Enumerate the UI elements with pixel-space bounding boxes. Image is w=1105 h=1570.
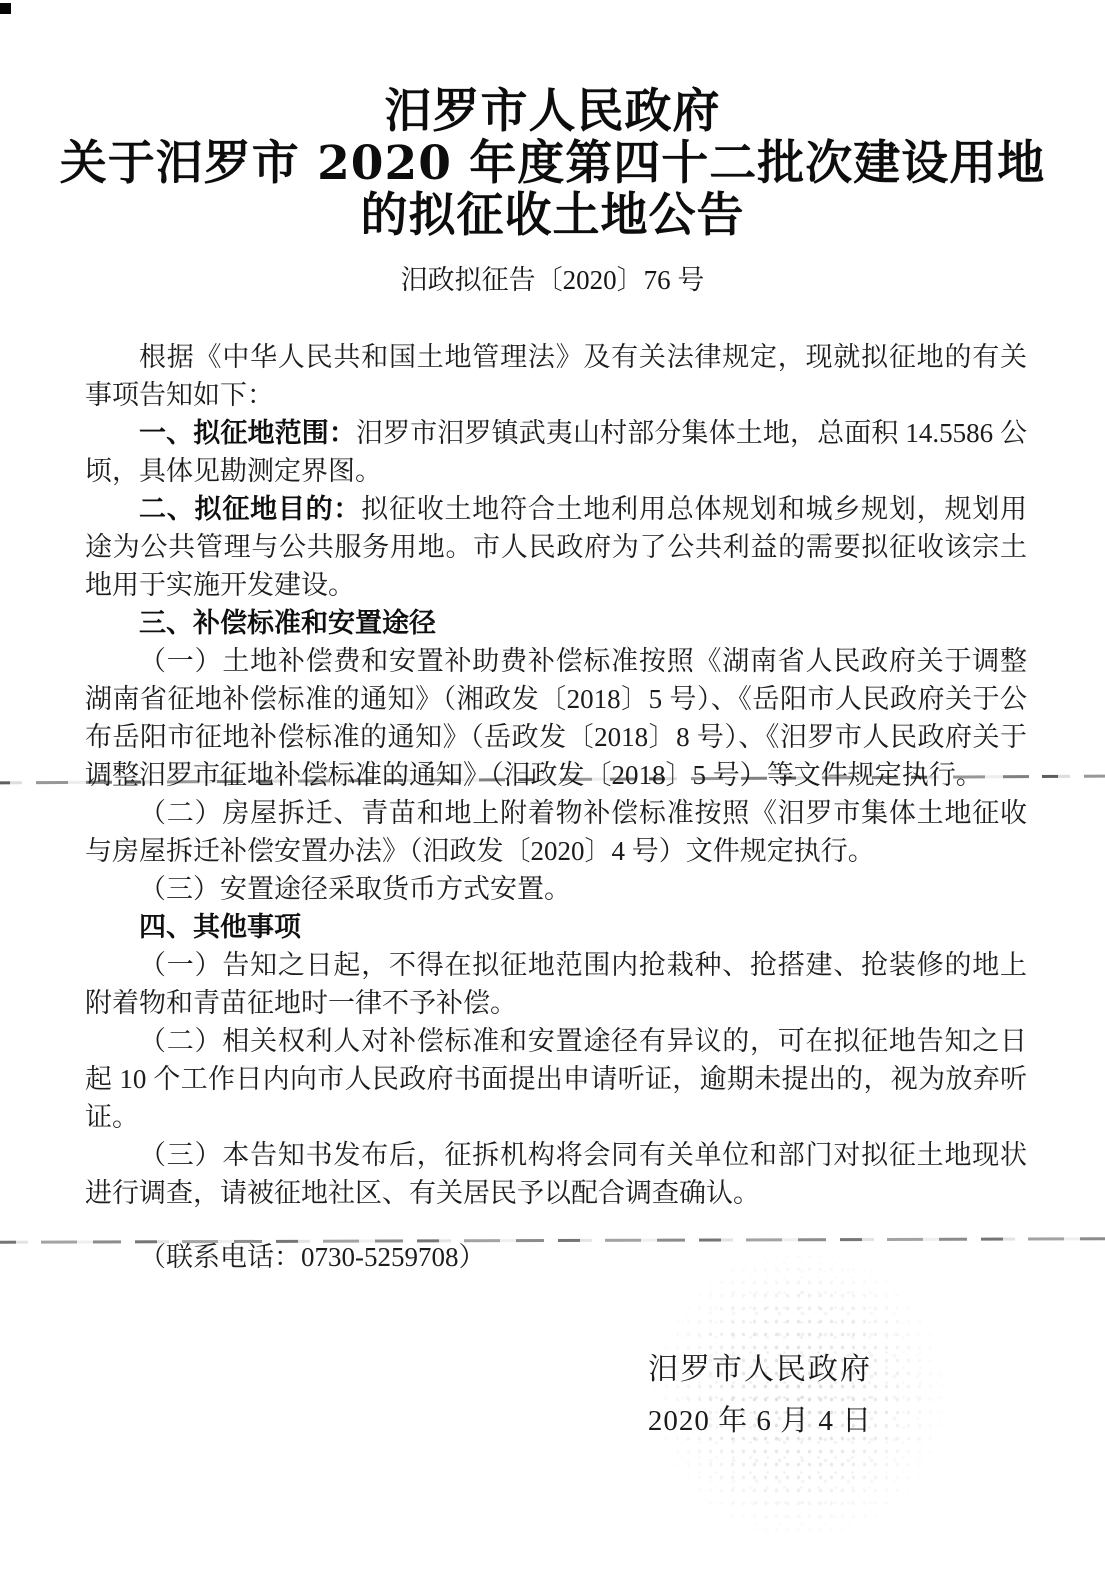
title-line-1: 汨罗市人民政府	[14, 86, 1091, 138]
paragraph-section-1: 一、拟征地范围：汨罗市汨罗镇武夷山村部分集体土地，总面积 14.5586 公顷，…	[85, 414, 1027, 490]
document-body: 根据《中华人民共和国土地管理法》及有关法律规定，现就拟征地的有关事项告知如下： …	[85, 338, 1027, 1276]
paragraph-intro: 根据《中华人民共和国土地管理法》及有关法律规定，现就拟征地的有关事项告知如下：	[85, 338, 1027, 414]
signature-date: 2020 年 6 月 4 日	[630, 1404, 890, 1438]
document-page: 汨罗市人民政府 关于汨罗市 2020 年度第四十二批次建设用地 的拟征收土地公告…	[0, 0, 1105, 1570]
paragraph-text: （一）土地补偿费和安置补助费补偿标准按照《湖南省人民政府关于调整湖南省征地补偿标…	[85, 646, 1027, 790]
section-1-heading: 一、拟征地范围：	[139, 418, 356, 448]
scan-corner-mark	[0, 3, 11, 14]
paragraph-text: （二）房屋拆迁、青苗和地上附着物补偿标准按照《汨罗市集体土地征收与房屋拆迁补偿安…	[85, 798, 1027, 866]
section-2-heading: 二、拟征地目的：	[139, 494, 361, 524]
section-3-heading: 三、补偿标准和安置途径	[85, 604, 1027, 642]
signature-block: 汨罗市人民政府 2020 年 6 月 4 日	[630, 1352, 890, 1438]
paragraph-text: （二）相关权利人对补偿标准和安置途径有异议的，可在拟征地告知之日起 10 个工作…	[85, 1026, 1027, 1132]
paragraph-section-2: 二、拟征地目的：拟征收土地符合土地利用总体规划和城乡规划，规划用途为公共管理与公…	[85, 490, 1027, 604]
paragraph-text: （三）本告知书发布后，征拆机构将会同有关单位和部门对拟征土地现状进行调查，请被征…	[85, 1140, 1027, 1208]
paragraph-item-4-3: （三）本告知书发布后，征拆机构将会同有关单位和部门对拟征土地现状进行调查，请被征…	[85, 1136, 1027, 1212]
document-title: 汨罗市人民政府 关于汨罗市 2020 年度第四十二批次建设用地 的拟征收土地公告	[14, 86, 1091, 242]
paragraph-text: （三）安置途径采取货币方式安置。	[139, 874, 571, 904]
title-line-2: 关于汨罗市 2020 年度第四十二批次建设用地	[14, 138, 1091, 190]
paragraph-text: （一）告知之日起，不得在拟征地范围内抢栽种、抢搭建、抢装修的地上附着物和青苗征地…	[85, 950, 1027, 1018]
title-line-3: 的拟征收土地公告	[14, 190, 1091, 242]
paragraph-item-3-3: （三）安置途径采取货币方式安置。	[85, 870, 1027, 908]
paragraph-item-3-2: （二）房屋拆迁、青苗和地上附着物补偿标准按照《汨罗市集体土地征收与房屋拆迁补偿安…	[85, 794, 1027, 870]
paragraph-item-3-1: （一）土地补偿费和安置补助费补偿标准按照《湖南省人民政府关于调整湖南省征地补偿标…	[85, 642, 1027, 794]
document-number: 汨政拟征告〔2020〕76 号	[0, 264, 1105, 296]
paragraph-item-4-2: （二）相关权利人对补偿标准和安置途径有异议的，可在拟征地告知之日起 10 个工作…	[85, 1022, 1027, 1136]
paragraph-item-4-1: （一）告知之日起，不得在拟征地范围内抢栽种、抢搭建、抢装修的地上附着物和青苗征地…	[85, 946, 1027, 1022]
section-4-heading: 四、其他事项	[85, 908, 1027, 946]
paragraph-text: 根据《中华人民共和国土地管理法》及有关法律规定，现就拟征地的有关事项告知如下：	[85, 342, 1027, 410]
signature-issuer: 汨罗市人民政府	[630, 1352, 890, 1388]
